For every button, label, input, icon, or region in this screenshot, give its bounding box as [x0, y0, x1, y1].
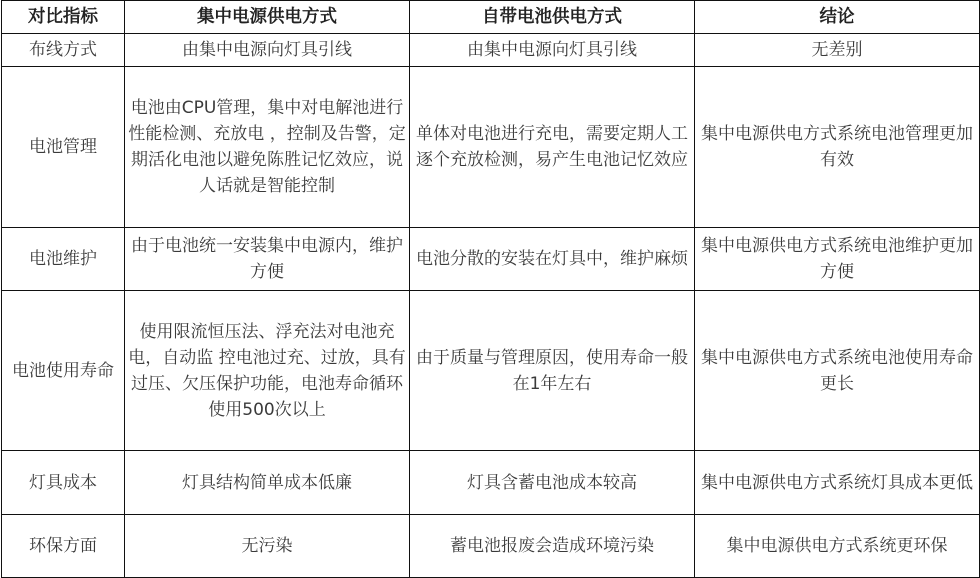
cell-centralized: 由于电池统一安装集中电源内，维护方便: [125, 228, 410, 291]
table-row: 灯具成本 灯具结构简单成本低廉 灯具含蓄电池成本较高 集中电源供电方式系统灯具成…: [2, 451, 980, 515]
cell-metric: 灯具成本: [2, 451, 125, 515]
cell-conclusion: 集中电源供电方式系统电池使用寿命更长: [695, 291, 980, 451]
cell-self-contained: 由于质量与管理原因，使用寿命一般在1年左右: [410, 291, 695, 451]
cell-metric: 电池维护: [2, 228, 125, 291]
table-row: 环保方面 无污染 蓄电池报废会造成环境污染 集中电源供电方式系统更环保: [2, 515, 980, 578]
cell-conclusion: 集中电源供电方式系统更环保: [695, 515, 980, 578]
table-row: 布线方式 由集中电源向灯具引线 由集中电源向灯具引线 无差别: [2, 34, 980, 67]
header-centralized: 集中电源供电方式: [125, 1, 410, 34]
cell-self-contained: 单体对电池进行充电，需要定期人工逐个充放检测，易产生电池记忆效应: [410, 67, 695, 228]
cell-conclusion: 无差别: [695, 34, 980, 67]
cell-self-contained: 灯具含蓄电池成本较高: [410, 451, 695, 515]
table-row: 电池使用寿命 使用限流恒压法、浮充法对电池充电，自动监 控电池过充、过放，具有过…: [2, 291, 980, 451]
cell-centralized: 使用限流恒压法、浮充法对电池充电，自动监 控电池过充、过放，具有过压、欠压保护功…: [125, 291, 410, 451]
cell-conclusion: 集中电源供电方式系统灯具成本更低: [695, 451, 980, 515]
cell-self-contained: 蓄电池报废会造成环境污染: [410, 515, 695, 578]
cell-centralized: 无污染: [125, 515, 410, 578]
cell-centralized: 灯具结构简单成本低廉: [125, 451, 410, 515]
header-metric: 对比指标: [2, 1, 125, 34]
cell-self-contained: 由集中电源向灯具引线: [410, 34, 695, 67]
cell-centralized: 电池由CPU管理，集中对电解池进行性能检测、充放电 ，控制及告警，定期活化电池以…: [125, 67, 410, 228]
table-header-row: 对比指标 集中电源供电方式 自带电池供电方式 结论: [2, 1, 980, 34]
cell-metric: 电池使用寿命: [2, 291, 125, 451]
cell-metric: 电池管理: [2, 67, 125, 228]
header-conclusion: 结论: [695, 1, 980, 34]
cell-centralized: 由集中电源向灯具引线: [125, 34, 410, 67]
table-row: 电池维护 由于电池统一安装集中电源内，维护方便 电池分散的安装在灯具中，维护麻烦…: [2, 228, 980, 291]
cell-metric: 布线方式: [2, 34, 125, 67]
cell-conclusion: 集中电源供电方式系统电池管理更加有效: [695, 67, 980, 228]
header-self-contained: 自带电池供电方式: [410, 1, 695, 34]
cell-conclusion: 集中电源供电方式系统电池维护更加方便: [695, 228, 980, 291]
cell-self-contained: 电池分散的安装在灯具中，维护麻烦: [410, 228, 695, 291]
table-row: 电池管理 电池由CPU管理，集中对电解池进行性能检测、充放电 ，控制及告警，定期…: [2, 67, 980, 228]
cell-metric: 环保方面: [2, 515, 125, 578]
comparison-table: 对比指标 集中电源供电方式 自带电池供电方式 结论 布线方式 由集中电源向灯具引…: [1, 0, 980, 578]
